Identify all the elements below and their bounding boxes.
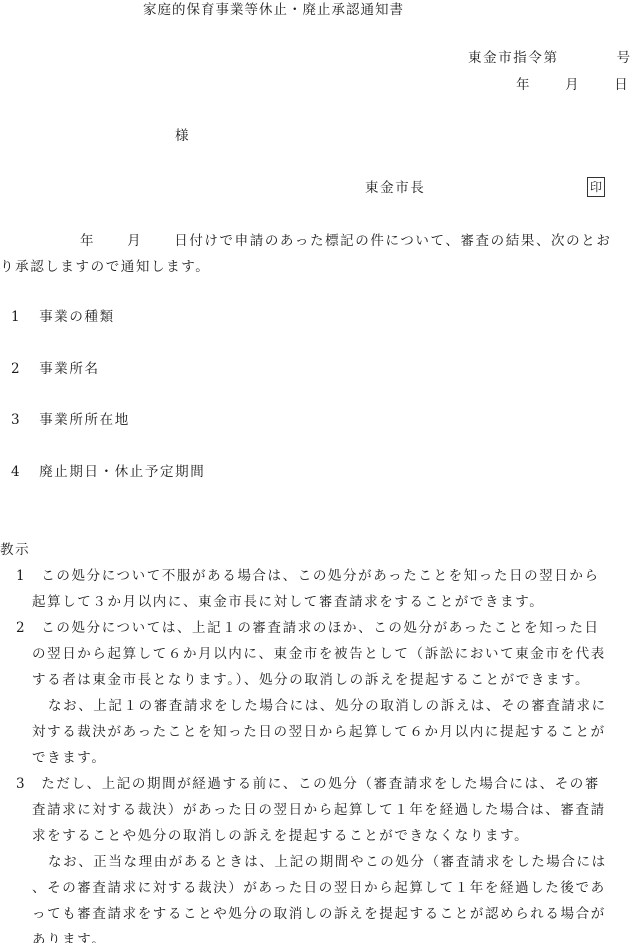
notice-line: 、その審査請求に対する裁決）があった日の翌日から起算して１年を経過した後であ bbox=[32, 880, 606, 896]
reference-number: 東金市指令第号 bbox=[468, 50, 632, 66]
notice-line: 査請求に対する裁決）があった日の翌日から起算して１年を経過した場合は、審査請 bbox=[32, 802, 606, 818]
item-label: 事業所所在地 bbox=[39, 412, 130, 428]
intro-text: 日付けで申請のあった標記の件について、審査の結果、次のとお bbox=[174, 233, 611, 249]
item-label: 事業の種類 bbox=[39, 309, 115, 325]
date-day: 日 bbox=[614, 77, 629, 93]
notice-line: 2 この処分については、上記１の審査請求のほか、この処分があったことを知った日 bbox=[16, 620, 600, 636]
date-month: 月 bbox=[565, 77, 580, 93]
notice-line: なお、上記１の審査請求をした場合には、処分の取消しの訴えは、その審査請求に bbox=[48, 698, 607, 714]
date-year: 年 bbox=[516, 77, 531, 93]
item-number: 3 bbox=[11, 412, 21, 428]
reference-prefix: 東金市指令第 bbox=[468, 50, 559, 66]
item-4: 4廃止期日・休止予定期間 bbox=[11, 464, 205, 480]
item-number: 2 bbox=[11, 361, 21, 377]
seal-mark: 印 bbox=[587, 177, 605, 197]
item-3: 3事業所所在地 bbox=[11, 412, 130, 428]
notice-line: 起算して３か月以内に、東金市長に対して審査請求をすることができます。 bbox=[32, 594, 544, 610]
issuer-name: 東金市長 bbox=[365, 180, 425, 196]
item-1: 1事業の種類 bbox=[11, 309, 115, 325]
notice-line: する者は東金市長となります。）、処分の取消しの訴えを提起することができます。 bbox=[32, 672, 590, 688]
intro-month: 月 bbox=[127, 233, 142, 249]
item-label: 事業所名 bbox=[39, 361, 99, 377]
notice-line: 対する裁決があったことを知った日の翌日から起算して６か月以内に提起することが bbox=[32, 724, 606, 740]
intro-year: 年 bbox=[80, 233, 95, 249]
notice-line: あります。 bbox=[32, 932, 106, 943]
item-label: 廃止期日・休止予定期間 bbox=[39, 464, 205, 480]
notice-line: 3 ただし、上記の期間が経過する前に、この処分（審査請求をした場合には、その審 bbox=[16, 776, 600, 792]
document-title: 家庭的保育事業等休止・廃止承認通知書 bbox=[143, 2, 404, 18]
addressee-suffix: 様 bbox=[175, 128, 190, 144]
item-number: 4 bbox=[11, 464, 21, 480]
reference-suffix: 号 bbox=[617, 50, 632, 66]
notice-line: 1 この処分について不服がある場合は、この処分があったことを知った日の翌日から bbox=[16, 568, 600, 584]
notice-line: 求をすることや処分の取消しの訴えを提起することができなくなります。 bbox=[32, 828, 529, 844]
notice-line: なお、正当な理由があるときは、上記の期間やこの処分（審査請求をした場合には bbox=[48, 854, 607, 870]
notice-heading: 教示 bbox=[0, 542, 30, 558]
item-number: 1 bbox=[11, 309, 21, 325]
intro-line-1: 年月日付けで申請のあった標記の件について、審査の結果、次のとお bbox=[80, 233, 611, 249]
notice-line: っても審査請求をすることや処分の取消しの訴えを提起することが認められる場合が bbox=[32, 906, 606, 922]
notice-line: できます。 bbox=[32, 750, 106, 766]
item-2: 2事業所名 bbox=[11, 361, 100, 377]
intro-line-2: り承認しますので通知します。 bbox=[0, 259, 210, 275]
notice-line: の翌日から起算して６か月以内に、東金市を被告として（訴訟において東金市を代表 bbox=[32, 646, 606, 662]
issue-date: 年月日 bbox=[516, 77, 629, 93]
